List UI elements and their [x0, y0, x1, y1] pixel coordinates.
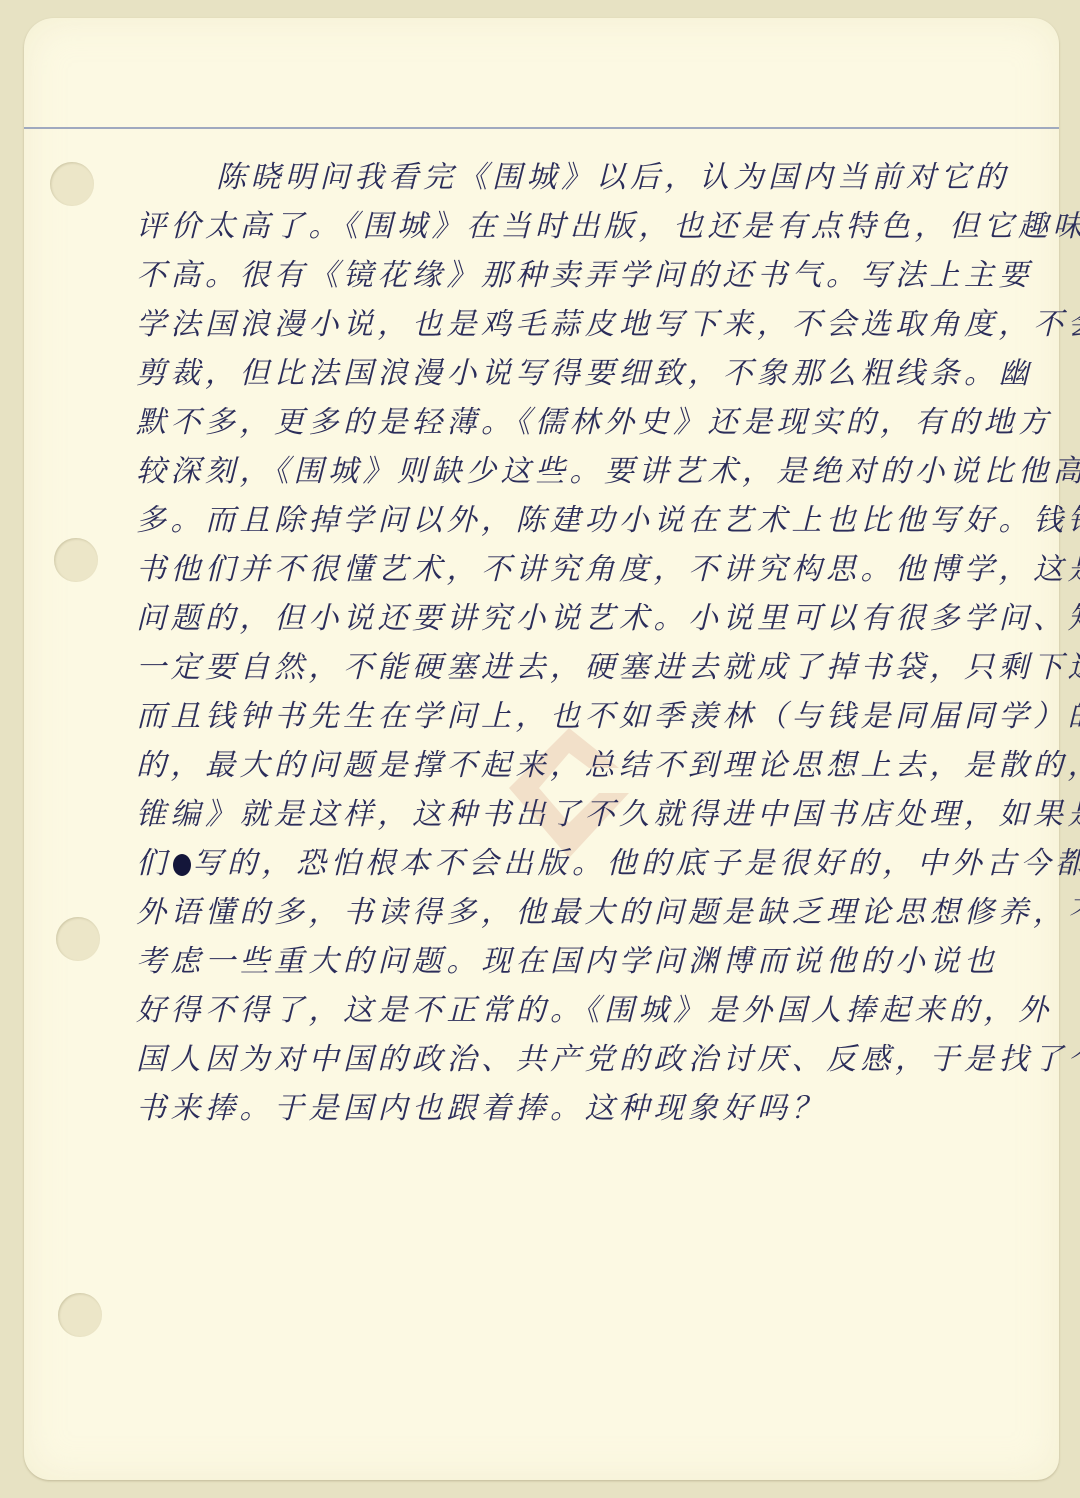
text-line: 较深刻，《围城》则缺少这些。要讲艺术，是绝对的小说比他高得	[136, 447, 1026, 496]
punch-hole	[56, 917, 100, 961]
text-line: 陈晓明问我看完《围城》以后，认为国内当前对它的	[136, 153, 1026, 202]
text-line: 锥编》就是这样，这种书出了不久就得进中国书店处理，如果是我	[136, 790, 1026, 839]
text-line: 们写的，恐怕根本不会出版。他的底子是很好的，中外古今都有，	[136, 839, 1026, 888]
text-line: 书来捧。于是国内也跟着捧。这种现象好吗？	[136, 1084, 1026, 1133]
punch-hole	[50, 162, 94, 206]
ink-blot	[173, 854, 191, 876]
text-line: 考虑一些重大的问题。现在国内学问渊博而说他的小说也	[136, 937, 1026, 986]
text-line: 的，最大的问题是撑不起来，总结不到理论思想上去，是散的，如《管	[136, 741, 1026, 790]
text-line: 好得不得了，这是不正常的。《围城》是外国人捧起来的，外	[136, 986, 1026, 1035]
header-rule-line	[24, 127, 1059, 129]
text-line: 剪裁，但比法国浪漫小说写得要细致，不象那么粗线条。幽	[136, 349, 1026, 398]
manuscript-page: 陈晓明问我看完《围城》以后，认为国内当前对它的 评价太高了。《围城》在当时出版，…	[24, 18, 1059, 1480]
text-line: 一定要自然，不能硬塞进去，硬塞进去就成了掉书袋，只剩下这套。	[136, 643, 1026, 692]
text-line: 不高。很有《镜花缘》那种卖弄学问的还书气。写法上主要	[136, 251, 1026, 300]
text-line: 而且钱钟书先生在学问上，也不如季羡林（与钱是同届同学）的深	[136, 692, 1026, 741]
text-line: 评价太高了。《围城》在当时出版，也还是有点特色，但它趣味	[136, 202, 1026, 251]
text-line: 书他们并不很懂艺术，不讲究角度，不讲究构思。他博学，这是没有	[136, 545, 1026, 594]
text-line: 国人因为对中国的政治、共产党的政治讨厌、反感，于是找了个钱钟	[136, 1035, 1026, 1084]
text-line: 多。而且除掉学问以外，陈建功小说在艺术上也比他写好。钱钟	[136, 496, 1026, 545]
text-line: 默不多，更多的是轻薄。《儒林外史》还是现实的，有的地方	[136, 398, 1026, 447]
text-line: 问题的，但小说还要讲究小说艺术。小说里可以有很多学问、知识，但	[136, 594, 1026, 643]
punch-hole	[54, 538, 98, 582]
manuscript-text: 陈晓明问我看完《围城》以后，认为国内当前对它的 评价太高了。《围城》在当时出版，…	[136, 153, 1026, 1133]
text-line: 学法国浪漫小说，也是鸡毛蒜皮地写下来，不会选取角度，不会	[136, 300, 1026, 349]
punch-hole	[58, 1293, 102, 1337]
text-line: 外语懂的多，书读得多，他最大的问题是缺乏理论思想修养，不能	[136, 888, 1026, 937]
